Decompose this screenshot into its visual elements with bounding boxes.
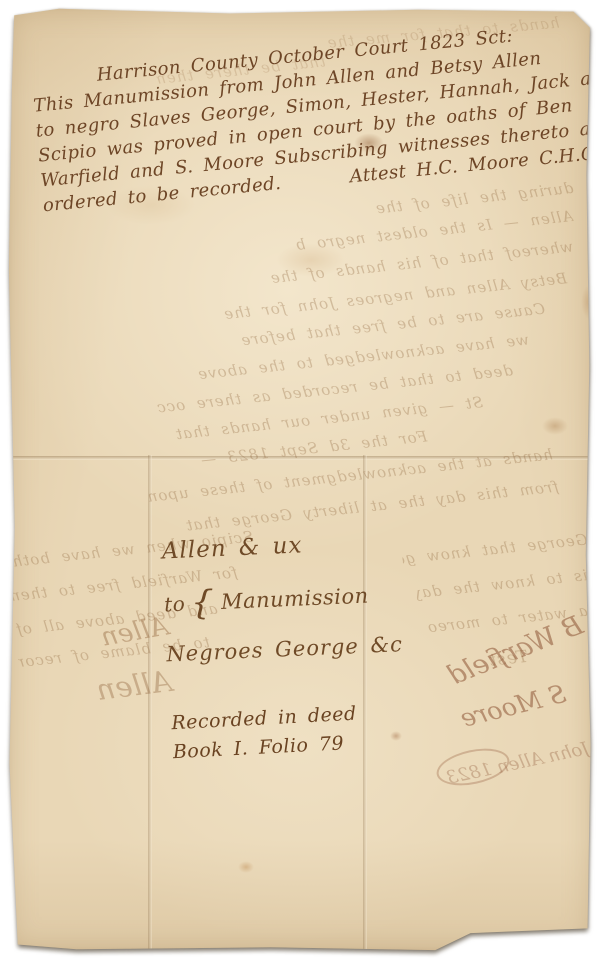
paper-stain: [581, 285, 597, 319]
paper-stain: [238, 861, 254, 873]
bleed-through-line: is to know the day: [416, 566, 589, 602]
recording-note: Recorded in deed Book I. Folio 79: [171, 697, 414, 767]
docket-block: Allen & ux to { Manumission Negroes Geor…: [161, 528, 416, 667]
docket-to-row: to { Manumission: [163, 574, 415, 625]
bleed-through-line: George that know good: [402, 530, 589, 567]
docket-subjects-line: Negroes George &c: [166, 632, 417, 667]
docket-subject: Manumission: [221, 584, 370, 614]
docket-brace: {: [190, 582, 214, 623]
screenshot-root: { "court_record": { "lines": [ "Harrison…: [0, 0, 600, 958]
docket-to-label: to: [164, 592, 186, 617]
manuscript-paper: hands to that for me the that be there t…: [6, 5, 594, 953]
paper-wrapper: hands to that for me the that be there t…: [6, 5, 594, 953]
paper-stain: [542, 417, 568, 435]
